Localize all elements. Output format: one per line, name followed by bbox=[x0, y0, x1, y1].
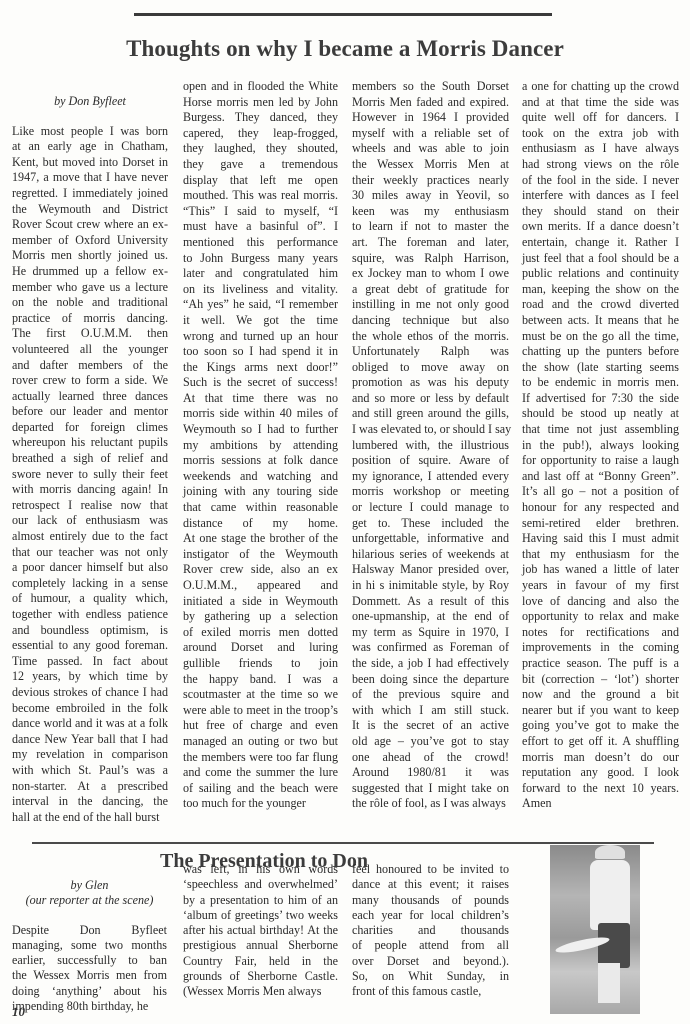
text-line: interfere with dances as I feel bbox=[522, 188, 679, 204]
text-line: Such is the secret of success! bbox=[183, 375, 338, 391]
text-line: volunteered all the younger bbox=[12, 342, 168, 358]
text-line: my ambitions by attending bbox=[183, 438, 338, 454]
text-line: the Wessex Morris Men at bbox=[352, 157, 509, 173]
column-text: open and in flooded the WhiteHorse morri… bbox=[183, 79, 338, 812]
text-line: enthusiasm as I have always bbox=[522, 141, 679, 157]
text-line: practice season. The puff is a bbox=[522, 656, 679, 672]
text-line: managed an outing or two but bbox=[183, 734, 338, 750]
top-rule bbox=[134, 13, 552, 16]
text-line: At one stage the brother of the bbox=[183, 531, 338, 547]
text-line: the happy band. I was a bbox=[183, 672, 338, 688]
dancer-shirt-shape bbox=[590, 860, 630, 930]
text-line: had strong views on the rôle bbox=[522, 157, 679, 173]
text-line: old age – you’ve got to stay bbox=[352, 734, 509, 750]
text-line: whereupon his reluctant pupils bbox=[12, 435, 168, 451]
article-title: Thoughts on why I became a Morris Dancer bbox=[0, 36, 690, 62]
text-line: of humour, a quality which, bbox=[12, 591, 168, 607]
text-line: own merits. If a dance doesn’t bbox=[522, 219, 679, 235]
text-line: morris side within 40 miles of bbox=[183, 406, 338, 422]
text-line: impending 80th birthday, he bbox=[12, 999, 167, 1014]
text-line: chatting up the punters before bbox=[522, 344, 679, 360]
article2-column-2: was left, in his own words‘speechless an… bbox=[183, 862, 338, 1000]
text-line: the side, a job I had effectively bbox=[352, 656, 509, 672]
text-line: It’s all go – not a position of bbox=[522, 484, 679, 500]
text-line: doing ‘anything’ about his bbox=[12, 984, 167, 999]
text-line: lumbered with, the illustrious bbox=[352, 438, 509, 454]
text-line: to learn if not to master the bbox=[352, 219, 509, 235]
text-line: interval in the dancing, the bbox=[12, 794, 168, 810]
text-line: the whole ethos of the morris. bbox=[352, 329, 509, 345]
text-line: or lecture I could manage to bbox=[352, 500, 509, 516]
text-line: my term as Squire in 1970, I bbox=[352, 625, 509, 641]
text-line: art. The foreman and later, bbox=[352, 235, 509, 251]
text-line: open and in flooded the White bbox=[183, 79, 338, 95]
text-line: member who gave us a lecture bbox=[12, 280, 168, 296]
text-line: the Wessex Morris men from bbox=[12, 968, 167, 983]
text-line: devious strokes of chance I had bbox=[12, 685, 168, 701]
text-line: instigator of the Weymouth bbox=[183, 547, 338, 563]
text-line: members so the South Dorset bbox=[352, 79, 509, 95]
column-text: Despite Don Byfleetmanaging, some two mo… bbox=[12, 923, 167, 1015]
text-line: going you’ve got to make the bbox=[522, 718, 679, 734]
text-line: gullible friends to join bbox=[183, 656, 338, 672]
text-line: 1947, a move that I have never bbox=[12, 170, 168, 186]
text-line: almost entirely due to the fact bbox=[12, 529, 168, 545]
column-text: a one for chatting up the crowdand at th… bbox=[522, 79, 679, 812]
text-line: squire, was Ralph Harrison, bbox=[352, 251, 509, 267]
text-line: in the pub!), always looking bbox=[522, 438, 679, 454]
text-line: morris man doesn’t do our bbox=[522, 750, 679, 766]
text-line: job has waned a little of later bbox=[522, 562, 679, 578]
text-line: it well. We got the time bbox=[183, 313, 338, 329]
text-line: actually learned three dances bbox=[12, 389, 168, 405]
text-line: Like most people I was born bbox=[12, 124, 168, 140]
text-line: over Dorset and beyond.). bbox=[352, 954, 509, 969]
text-line: must have a basinful of”. I bbox=[183, 219, 338, 235]
text-line: morris workshop or meeting bbox=[352, 484, 509, 500]
text-line: and come the summer the lure bbox=[183, 765, 338, 781]
text-line: opportunity to relax and make bbox=[522, 609, 679, 625]
text-line: Rover Scout crew where an ex- bbox=[12, 217, 168, 233]
text-line: nearer but if you want to keep bbox=[522, 703, 679, 719]
text-line: capered, they leap-frogged, bbox=[183, 126, 338, 142]
article2-column-3: feel honoured to be invited todance at t… bbox=[352, 862, 509, 1000]
text-line: and so more or less by default bbox=[352, 391, 509, 407]
morris-dancer-photo bbox=[550, 845, 640, 1014]
text-line: (Wessex Morris Men always bbox=[183, 984, 338, 999]
text-line: should be stood up neatly at bbox=[522, 406, 679, 422]
text-line: each year for local children’s bbox=[352, 908, 509, 923]
text-line: later and congratulated him bbox=[183, 266, 338, 282]
text-line: and last off at “Bonny Green”. bbox=[522, 469, 679, 485]
text-line: dance at this event; it raises bbox=[352, 877, 509, 892]
text-line: Weymouth so I had to further bbox=[183, 422, 338, 438]
text-line: they should stand on their bbox=[522, 204, 679, 220]
text-line: with which St. Paul’s was a bbox=[12, 763, 168, 779]
text-line: dance New Year ball that I had bbox=[12, 732, 168, 748]
text-line: Horse morris men led by John bbox=[183, 95, 338, 111]
text-line: now and the ground a bit bbox=[522, 687, 679, 703]
section-divider bbox=[32, 842, 654, 844]
page-number: 10 bbox=[12, 1004, 25, 1020]
text-line: been doing since the departure bbox=[352, 672, 509, 688]
text-line: I was elevated to, or should I say bbox=[352, 422, 509, 438]
text-line: my ignorance, I attended every bbox=[352, 469, 509, 485]
byline-author: by Glen bbox=[12, 878, 167, 893]
text-line: non-starter. At a prescribed bbox=[12, 779, 168, 795]
text-line: they gave a tremendous bbox=[183, 157, 338, 173]
text-line: love of dancing and also the bbox=[522, 594, 679, 610]
text-line: after his actual birthday! At the bbox=[183, 923, 338, 938]
text-line: completely lacking in a sense bbox=[12, 576, 168, 592]
text-line: keen was my enthusiasm bbox=[352, 204, 509, 220]
column-text: Like most people I was bornat an early a… bbox=[12, 124, 168, 826]
text-line: a great debt of gratitude for bbox=[352, 282, 509, 298]
text-line: the members were too far flung bbox=[183, 750, 338, 766]
text-line: by gathering up a selection bbox=[183, 609, 338, 625]
text-line: of people attend from all bbox=[352, 938, 509, 953]
text-line: must be on the go all the time, bbox=[522, 329, 679, 345]
text-line: with which I am still stuck. bbox=[352, 703, 509, 719]
text-line: around Dorset and luring bbox=[183, 640, 338, 656]
text-line: at an early age in Chatham, bbox=[12, 139, 168, 155]
text-line: were able to meet in the troop’s bbox=[183, 703, 338, 719]
text-line: mentioned this performance bbox=[183, 235, 338, 251]
text-line: unforgettable, informative and bbox=[352, 531, 509, 547]
text-line: mouthed. This was real morris. bbox=[183, 188, 338, 204]
text-line: rover crew to form a side. We bbox=[12, 373, 168, 389]
text-line: earlier, successfully to ban bbox=[12, 953, 167, 968]
text-line: in hi s inimitable style, by Roy bbox=[352, 578, 509, 594]
article1-column-3: members so the South DorsetMorris Men fa… bbox=[352, 79, 509, 812]
text-line: entertain, change it. Rather I bbox=[522, 235, 679, 251]
text-line: member of Oxford University bbox=[12, 233, 168, 249]
text-line: O.U.M.M., appeared and bbox=[183, 578, 338, 594]
dancer-breeches-shape bbox=[598, 923, 630, 968]
text-line: a one for chatting up the crowd bbox=[522, 79, 679, 95]
article1-column-4: a one for chatting up the crowdand at th… bbox=[522, 79, 679, 812]
text-line: Morris Men faded and expired. bbox=[352, 95, 509, 111]
text-line: reputation any good. I look bbox=[522, 765, 679, 781]
text-line: a poor dancer himself but also bbox=[12, 560, 168, 576]
text-line: of sailing and the beach were bbox=[183, 781, 338, 797]
text-line: If advertised for 7:30 the side bbox=[522, 391, 679, 407]
text-line: dancing technique but also bbox=[352, 313, 509, 329]
text-line: grounds of Sherborne Castle. bbox=[183, 969, 338, 984]
text-line: bit (correction – ‘lot’) shorter bbox=[522, 672, 679, 688]
text-line: was confirmed as Foreman of bbox=[352, 640, 509, 656]
text-line: breathed a sigh of relief and bbox=[12, 451, 168, 467]
text-line: display that left me open bbox=[183, 173, 338, 189]
text-line: regretted. I immediately joined bbox=[12, 186, 168, 202]
article1-column-1: by Don Byfleet Like most people I was bo… bbox=[12, 79, 168, 825]
text-line: was left, in his own words bbox=[183, 862, 338, 877]
text-line: retrospect I realise now that bbox=[12, 498, 168, 514]
hat-shape bbox=[595, 845, 625, 859]
text-line: ‘album of greetings’ two weeks bbox=[183, 908, 338, 923]
text-line: 12 years, by which time by bbox=[12, 669, 168, 685]
text-line: my revelation in comparison bbox=[12, 747, 168, 763]
text-line: by a presentation to him of an bbox=[183, 893, 338, 908]
text-line: practice of morris dancing. bbox=[12, 311, 168, 327]
text-line: become embroiled in the folk bbox=[12, 701, 168, 717]
text-line: scoutmaster at the time so we bbox=[183, 687, 338, 703]
text-line: obliged to move away on bbox=[352, 360, 509, 376]
text-line: notes for rectifications and bbox=[522, 625, 679, 641]
text-line: morris sessions at folk dance bbox=[183, 453, 338, 469]
text-line: the show (late starting seems bbox=[522, 360, 679, 376]
text-line: front of this famous castle, bbox=[352, 984, 509, 999]
text-line: between acts. It means that he bbox=[522, 313, 679, 329]
text-line: for opportunity to raise a laugh bbox=[522, 453, 679, 469]
text-line: they laughed, they shouted, bbox=[183, 141, 338, 157]
text-line: wrong and turned up an hour bbox=[183, 329, 338, 345]
text-line: Country Fair, held in the bbox=[183, 954, 338, 969]
text-line: It is the secret of an active bbox=[352, 718, 509, 734]
text-line: Amen bbox=[522, 796, 679, 812]
text-line: the rôle of fool, as I was always bbox=[352, 796, 509, 812]
text-line: Around 1980/81 it was bbox=[352, 765, 509, 781]
column-text: members so the South DorsetMorris Men fa… bbox=[352, 79, 509, 812]
text-line: So, on Whit Sunday, in bbox=[352, 969, 509, 984]
text-line: He drummed up a fellow ex- bbox=[12, 264, 168, 280]
text-line: At that time there was no bbox=[183, 391, 338, 407]
text-line: honour for any respected and bbox=[522, 500, 679, 516]
text-line: years in favour of my first bbox=[522, 578, 679, 594]
text-line: that our teacher was not only bbox=[12, 545, 168, 561]
column-text: was left, in his own words‘speechless an… bbox=[183, 862, 338, 1000]
text-line: hilarious series of weekends at bbox=[352, 547, 509, 563]
text-line: However in 1964 I provided bbox=[352, 110, 509, 126]
text-line: Rover crew side, also an ex bbox=[183, 562, 338, 578]
article1-byline: by Don Byfleet bbox=[12, 94, 168, 110]
text-line: The first O.U.M.M. then bbox=[12, 326, 168, 342]
text-line: forward to the next 10 years. bbox=[522, 781, 679, 797]
text-line: many thousands of pounds bbox=[352, 893, 509, 908]
text-line: together with endless patience bbox=[12, 607, 168, 623]
text-line: of exiled morris men dotted bbox=[183, 625, 338, 641]
text-line: and at that time the side was bbox=[522, 95, 679, 111]
text-line: suggested that I might take on bbox=[352, 781, 509, 797]
text-line: position of squire. Aware of bbox=[352, 453, 509, 469]
text-line: ex Jockey man to whom I owe bbox=[352, 266, 509, 282]
text-line: Morris men shortly joined us. bbox=[12, 248, 168, 264]
text-line: swore never to sully their feet bbox=[12, 467, 168, 483]
text-line: of the fool in the side. I never bbox=[522, 173, 679, 189]
text-line: with morris dancing again! In bbox=[12, 482, 168, 498]
text-line: public relations and continuity bbox=[522, 266, 679, 282]
article2-column-1: by Glen (our reporter at the scene) Desp… bbox=[12, 878, 167, 1014]
text-line: quite well off for dancers. I bbox=[522, 110, 679, 126]
text-line: took on the extra job with bbox=[522, 126, 679, 142]
text-line: dance world and it was at a folk bbox=[12, 716, 168, 732]
text-line: too soon so I had spend it in bbox=[183, 344, 338, 360]
text-line: improvements in the coming bbox=[522, 640, 679, 656]
text-line: to John Burgess many years bbox=[183, 251, 338, 267]
column-text: feel honoured to be invited todance at t… bbox=[352, 862, 509, 1000]
text-line: departed for foreign climes bbox=[12, 420, 168, 436]
text-line: effort to get off it. A shuffling bbox=[522, 734, 679, 750]
text-line: that time not just assembling bbox=[522, 422, 679, 438]
text-line: and still green around the gills, bbox=[352, 406, 509, 422]
text-line: feel honoured to be invited to bbox=[352, 862, 509, 877]
text-line: joining with any touring side bbox=[183, 484, 338, 500]
text-line: ‘speechless and overwhelmed’ bbox=[183, 877, 338, 892]
text-line: the Weymouth and District bbox=[12, 202, 168, 218]
text-line: one-upmanship, at the end of bbox=[352, 609, 509, 625]
text-line: the Kings arms next door!” bbox=[183, 360, 338, 376]
article1-column-2: open and in flooded the WhiteHorse morri… bbox=[183, 79, 338, 812]
text-line: prestigious annual Sherborne bbox=[183, 938, 338, 953]
text-line: our lack of enthusiasm was bbox=[12, 513, 168, 529]
text-line: Unfortunately Ralph was bbox=[352, 344, 509, 360]
text-line: myself with a reliable set of bbox=[352, 126, 509, 142]
text-line: essential to any good foreman. bbox=[12, 638, 168, 654]
text-line: promotion as was his deputy bbox=[352, 375, 509, 391]
text-line: their weekly practices nearly bbox=[352, 173, 509, 189]
dancer-socks-shape bbox=[598, 963, 620, 1003]
text-line: that came within reasonable bbox=[183, 500, 338, 516]
text-line: distance of my home. bbox=[183, 516, 338, 532]
byline-note: (our reporter at the scene) bbox=[12, 893, 167, 908]
text-line: before our leader and mentor bbox=[12, 404, 168, 420]
text-line: initiated a side in Weymouth bbox=[183, 594, 338, 610]
text-line: managing, some two months bbox=[12, 938, 167, 953]
text-line: Having said this I must admit bbox=[522, 531, 679, 547]
text-line: man, keeping the show on the bbox=[522, 282, 679, 298]
text-line: “Ah yes” he said, “I remember bbox=[183, 297, 338, 313]
text-line: Dommett. As a result of this bbox=[352, 594, 509, 610]
text-line: get to. These included the bbox=[352, 516, 509, 532]
text-line: Burgess. They danced, they bbox=[183, 110, 338, 126]
text-line: on the noble and traditional bbox=[12, 295, 168, 311]
text-line: Kent, but moved into Dorset in bbox=[12, 155, 168, 171]
text-line: one ahead of the crowd! bbox=[352, 750, 509, 766]
text-line: to be endemic in morris men. bbox=[522, 375, 679, 391]
text-line: that my enthusiasm for the bbox=[522, 547, 679, 563]
text-line: 30 miles away in Yeovil, so bbox=[352, 188, 509, 204]
text-line: semi-retired elder brethren. bbox=[522, 516, 679, 532]
text-line: wheels and was able to join bbox=[352, 141, 509, 157]
text-line: and boundless optimism, is bbox=[12, 623, 168, 639]
text-line: road and the crowd diverted bbox=[522, 297, 679, 313]
text-line: charities and thousands bbox=[352, 923, 509, 938]
text-line: Despite Don Byfleet bbox=[12, 923, 167, 938]
text-line: Halsway Manor presided over, bbox=[352, 562, 509, 578]
text-line: “This” I said to myself, “I bbox=[183, 204, 338, 220]
text-line: too much for the younger bbox=[183, 796, 338, 812]
text-line: of the previous squire and bbox=[352, 687, 509, 703]
text-line: just feel that a fool should be a bbox=[522, 251, 679, 267]
article2-byline: by Glen (our reporter at the scene) bbox=[12, 878, 167, 909]
text-line: hut free of charge and even bbox=[183, 718, 338, 734]
text-line: weekends and watching and bbox=[183, 469, 338, 485]
text-line: hall at the end of the hall burst bbox=[12, 810, 168, 826]
text-line: and dafter members of the bbox=[12, 358, 168, 374]
text-line: instilling in me not only good bbox=[352, 297, 509, 313]
text-line: Time passed. In fact about bbox=[12, 654, 168, 670]
text-line: on its liveliness and vitality. bbox=[183, 282, 338, 298]
